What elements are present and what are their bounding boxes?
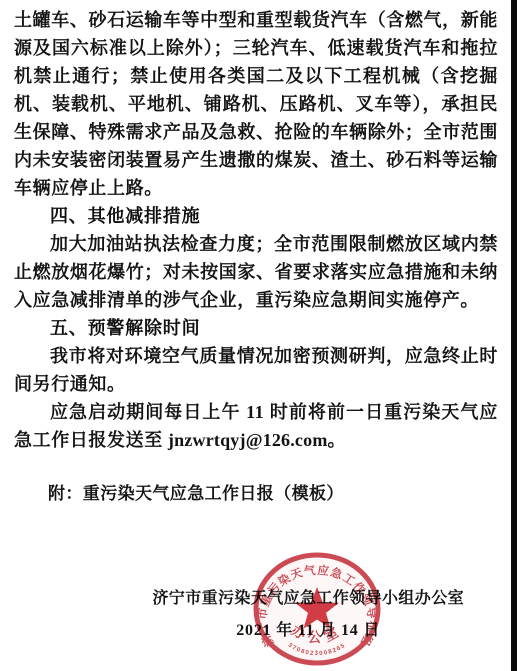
paragraph-other-measures: 加大加油站执法检查力度；全市范围限制燃放区域内禁止燃放烟花爆竹；对未按国家、省要…	[14, 230, 498, 314]
signature-block: 济宁市重污染天气应急工作领导小组办公室 2021 年 11 月 14 日	[152, 588, 464, 641]
heading-section-5: 五、预警解除时间	[14, 314, 498, 342]
attachment-line: 附：重污染天气应急工作日报（模板）	[14, 480, 498, 508]
scanned-document-page: { "document": { "continuation_paragraph"…	[0, 0, 520, 671]
report-email-address: jnzwrtqyj@126.com	[168, 430, 328, 450]
scan-edge-line	[511, 0, 517, 671]
signature-organization: 济宁市重污染天气应急工作领导小组办公室	[152, 588, 464, 610]
seal-serial-number: 3708023008265	[287, 642, 347, 657]
document-body: 土罐车、砂石运输车等中型和重型载货汽车（含燃气，新能源及国六标准以上除外）；三轮…	[14, 6, 498, 508]
paragraph-vehicle-restrictions: 土罐车、砂石运输车等中型和重型载货汽车（含燃气，新能源及国六标准以上除外）；三轮…	[14, 6, 498, 202]
paragraph-daily-report: 应急启动期间每日上午 11 时前将前一日重污染天气应急工作日报发送至 jnzwr…	[14, 398, 498, 454]
daily-report-text-end: 。	[328, 430, 347, 450]
heading-section-4: 四、其他减排措施	[14, 202, 498, 230]
svg-text:3708023008265: 3708023008265	[287, 642, 347, 657]
paragraph-warning-lift: 我市将对环境空气质量情况加密预测研判，应急终止时间另行通知。	[14, 342, 498, 398]
signature-date: 2021 年 11 月 14 日	[152, 621, 464, 641]
